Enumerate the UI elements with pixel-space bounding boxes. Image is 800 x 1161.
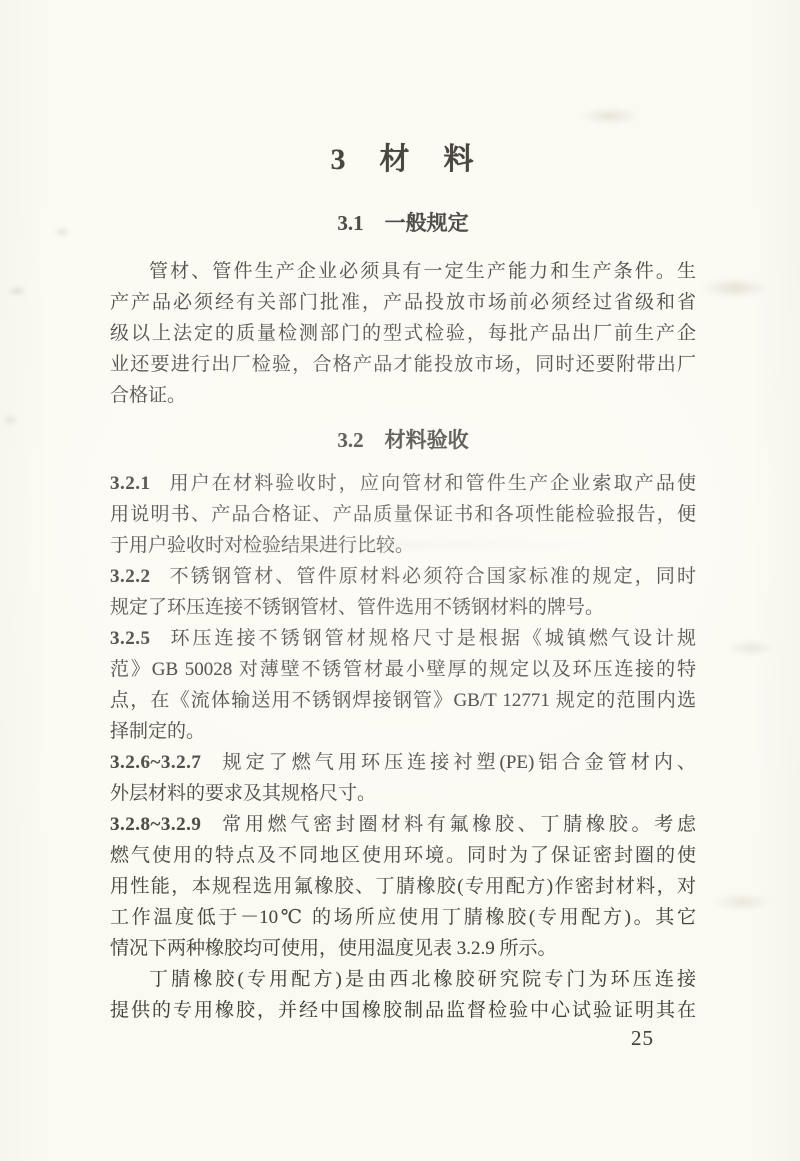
- text-line: 点，在《流体输送用不锈钢焊接钢管》GB/T 12771 规定的范围内选: [110, 685, 696, 716]
- clause-3-2-6-7: 3.2.6~3.2.7规定了燃气用环压连接衬塑(PE)铝合金管材内、 外层材料的…: [110, 747, 696, 809]
- text-line: 业还要进行出厂检验，合格产品才能投放市场，同时还要附带出厂: [110, 349, 696, 380]
- text-line: 丁腈橡胶(专用配方)是由西北橡胶研究院专门为环压连接: [110, 964, 696, 995]
- paragraph-nitrile-rubber: 丁腈橡胶(专用配方)是由西北橡胶研究院专门为环压连接 提供的专用橡胶，并经中国橡…: [110, 964, 696, 1026]
- clause-text: 规定了燃气用环压连接衬塑(PE)铝合金管材内、: [218, 752, 696, 773]
- text-line: 燃气使用的特点及不同地区使用环境。同时为了保证密封圈的使: [110, 840, 696, 871]
- clause-3-2-1: 3.2.1用户在材料验收时，应向管材和管件生产企业索取产品使 用说明书、产品合格…: [110, 468, 696, 561]
- clause-number: 3.2.5: [110, 628, 151, 649]
- paragraph-general: 管材、管件生产企业必须具有一定生产能力和生产条件。生 产产品必须经有关部门批准，…: [110, 256, 696, 411]
- clause-number: 3.2.8~3.2.9: [110, 814, 201, 835]
- scan-smudge: [6, 286, 28, 296]
- text-line: 择制定的。: [110, 716, 696, 747]
- text-line: 提供的专用橡胶，并经中国橡胶制品监督检验中心试验证明其在: [110, 995, 696, 1026]
- scan-smudge: [700, 278, 770, 298]
- text-line: 外层材料的要求及其规格尺寸。: [110, 778, 696, 809]
- clause-3-2-8-9: 3.2.8~3.2.9常用燃气密封圈材料有氟橡胶、丁腈橡胶。考虑 燃气使用的特点…: [110, 809, 696, 964]
- chapter-title: 3 材 料: [110, 143, 696, 177]
- text-line: 范》GB 50028 对薄壁不锈管材最小壁厚的规定以及环压连接的特: [110, 654, 696, 685]
- text-line: 于用户验收时对检验结果进行比较。: [110, 530, 696, 561]
- clause-text: 不锈钢管材、管件原材料必须符合国家标准的规定，同时: [168, 566, 697, 587]
- text-line: 3.2.6~3.2.7规定了燃气用环压连接衬塑(PE)铝合金管材内、: [110, 747, 696, 778]
- text-line: 用性能，本规程选用氟橡胶、丁腈橡胶(专用配方)作密封材料，对: [110, 871, 696, 902]
- clause-text: 环压连接不锈钢管材规格尺寸是根据《城镇燃气设计规: [168, 628, 697, 649]
- text-line: 3.2.1用户在材料验收时，应向管材和管件生产企业索取产品使: [110, 468, 696, 499]
- text-line: 情况下两种橡胶均可使用，使用温度见表 3.2.9 所示。: [110, 933, 696, 964]
- text-line: 级以上法定的质量检测部门的型式检验，每批产品出厂前生产企: [110, 318, 696, 349]
- text-line: 3.2.5环压连接不锈钢管材规格尺寸是根据《城镇燃气设计规: [110, 623, 696, 654]
- clause-3-2-2: 3.2.2不锈钢管材、管件原材料必须符合国家标准的规定，同时 规定了环压连接不锈…: [110, 561, 696, 623]
- scan-smudge: [55, 228, 69, 236]
- text-line: 管材、管件生产企业必须具有一定生产能力和生产条件。生: [110, 256, 696, 287]
- text-line: 工作温度低于－10℃ 的场所应使用丁腈橡胶(专用配方)。其它: [110, 902, 696, 933]
- scan-smudge: [726, 640, 776, 656]
- scan-smudge: [2, 414, 18, 426]
- text-line: 3.2.8~3.2.9常用燃气密封圈材料有氟橡胶、丁腈橡胶。考虑: [110, 809, 696, 840]
- scan-smudge: [712, 893, 772, 911]
- section-heading-3-1: 3.1 一般规定: [110, 210, 696, 236]
- clause-number: 3.2.1: [110, 473, 151, 494]
- section-heading-3-2: 3.2 材料验收: [110, 427, 696, 453]
- clause-text: 用户在材料验收时，应向管材和管件生产企业索取产品使: [168, 473, 697, 494]
- text-line: 用说明书、产品合格证、产品质量保证书和各项性能检验报告，便: [110, 499, 696, 530]
- text-line: 产产品必须经有关部门批准，产品投放市场前必须经过省级和省: [110, 287, 696, 318]
- clause-text: 常用燃气密封圈材料有氟橡胶、丁腈橡胶。考虑: [218, 814, 696, 835]
- text-line: 3.2.2不锈钢管材、管件原材料必须符合国家标准的规定，同时: [110, 561, 696, 592]
- page-number: 25: [631, 1025, 654, 1051]
- page-content: 3 材 料 3.1 一般规定 管材、管件生产企业必须具有一定生产能力和生产条件。…: [110, 0, 696, 1026]
- text-line: 合格证。: [110, 380, 696, 411]
- document-page: 3 材 料 3.1 一般规定 管材、管件生产企业必须具有一定生产能力和生产条件。…: [0, 0, 800, 1161]
- clause-3-2-5: 3.2.5环压连接不锈钢管材规格尺寸是根据《城镇燃气设计规 范》GB 50028…: [110, 623, 696, 747]
- clause-number: 3.2.6~3.2.7: [110, 752, 201, 773]
- clause-number: 3.2.2: [110, 566, 151, 587]
- text-line: 规定了环压连接不锈钢管材、管件选用不锈钢材料的牌号。: [110, 592, 696, 623]
